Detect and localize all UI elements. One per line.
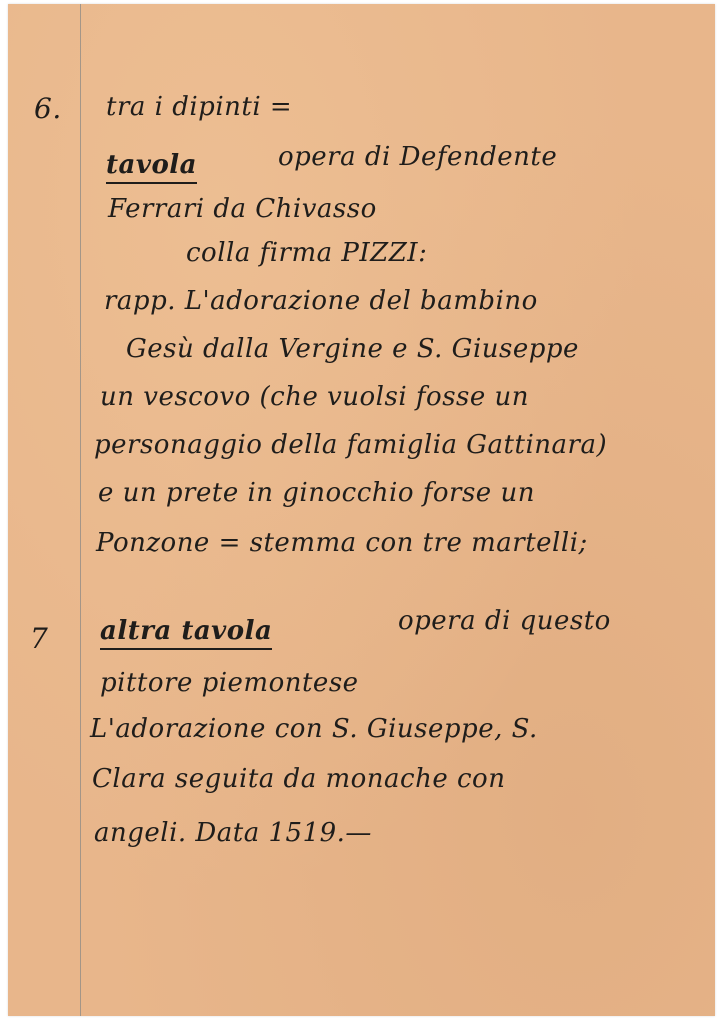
entry-7-line-2: pittore piemontese xyxy=(100,668,359,698)
entry-6-line-10: Ponzone = stemma con tre martelli; xyxy=(96,528,588,558)
entry-7-line-4: Clara seguita da monache con xyxy=(92,764,505,794)
entry-6-line-4: colla firma PIZZI: xyxy=(186,238,427,268)
entry-6-title-tavola: tavola xyxy=(106,150,197,184)
entry-6-line-8: personaggio della famiglia Gattinara) xyxy=(94,430,607,460)
entry-6-line-1: tra i dipinti = xyxy=(106,92,292,122)
entry-7-line-5: angeli. Data 1519.— xyxy=(94,818,372,848)
entry-6-line-9: e un prete in ginocchio forse un xyxy=(98,478,535,508)
entry-6-line-6: Gesù dalla Vergine e S. Giuseppe xyxy=(126,334,579,364)
entry-7-line-1: opera di questo xyxy=(398,606,611,636)
entry-6-line-3: Ferrari da Chivasso xyxy=(108,194,377,224)
entry-number-7: 7 xyxy=(30,622,48,655)
entry-number-6: 6. xyxy=(34,92,62,125)
paper-sheet: 6. tra i dipinti = tavola opera di Defen… xyxy=(8,4,715,1016)
entry-6-line-2: opera di Defendente xyxy=(278,142,557,172)
margin-line xyxy=(80,4,81,1016)
entry-6-line-7: un vescovo (che vuolsi fosse un xyxy=(100,382,529,412)
entry-7-title-altra-tavola: altra tavola xyxy=(100,616,272,650)
entry-6-line-5: rapp. L'adorazione del bambino xyxy=(104,286,538,316)
entry-7-line-3: L'adorazione con S. Giuseppe, S. xyxy=(90,714,538,744)
